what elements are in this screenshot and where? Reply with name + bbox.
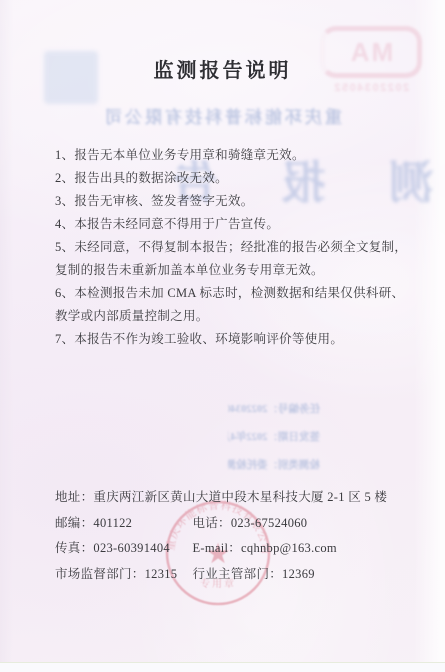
note-item-7: 7、本报告不作为竣工验收、环境影响评价等使用。 [55,328,417,351]
note-item-3: 3、报告无审核、签发者签字无效。 [55,190,417,213]
note-item-6: 6、本检测报告未加 CMA 标志时，检测数据和结果仅供科研、教学或内部质量控制之… [55,282,417,328]
scan-bottom-edge [0,662,445,672]
note-item-4: 4、本报告未经同意不得用于广告宣传。 [55,213,417,236]
contact-address: 地址：重庆两江新区黄山大道中段木星科技大厦 2-1 区 5 楼 [55,485,423,511]
contact-market-dept: 市场监督部门：12315 [55,562,189,588]
contact-email: E-mail：cqhnbp@163.com [192,541,337,555]
bleed-info-line: 任务编号：2022034052 [228,396,320,424]
bleed-info-line: 签发日期：2022年4月 [228,424,320,452]
contact-industry-dept: 行业主管部门：12369 [192,567,314,581]
notes-list: 1、报告无本单位业务专用章和骑缝章无效。 2、报告出具的数据涂改无效。 3、报告… [55,144,417,351]
contact-phone: 电话：023-67524060 [192,516,307,530]
bleed-through-info-lines: 任务编号：2022034052 签发日期：2022年4月 检测类别：委托检测 [228,396,320,480]
contact-fax: 传真：023-60391404 [55,536,189,562]
bleed-through-company-name: 重庆环能标普科技有限公司 [70,103,342,128]
contact-postcode: 邮编：401122 [55,511,189,537]
note-item-2: 2、报告出具的数据涂改无效。 [55,167,417,190]
note-item-1: 1、报告无本单位业务专用章和骑缝章无效。 [55,144,417,167]
cma-certificate-number: 2022034052 [300,82,442,94]
note-item-5: 5、未经同意，不得复制本报告；经批准的报告必须全文复制，复制的报告未重新加盖本单… [55,236,417,282]
contact-block: 地址：重庆两江新区黄山大道中段木星科技大厦 2-1 区 5 楼 邮编：40112… [55,485,423,587]
scanned-page: 重庆环能标普科技有限公司 监 测 报 告 MA 2022034052 任务编号：… [0,0,445,672]
page-title: 监测报告说明 [0,54,445,83]
bleed-info-line: 检测类别：委托检测 [228,452,320,480]
